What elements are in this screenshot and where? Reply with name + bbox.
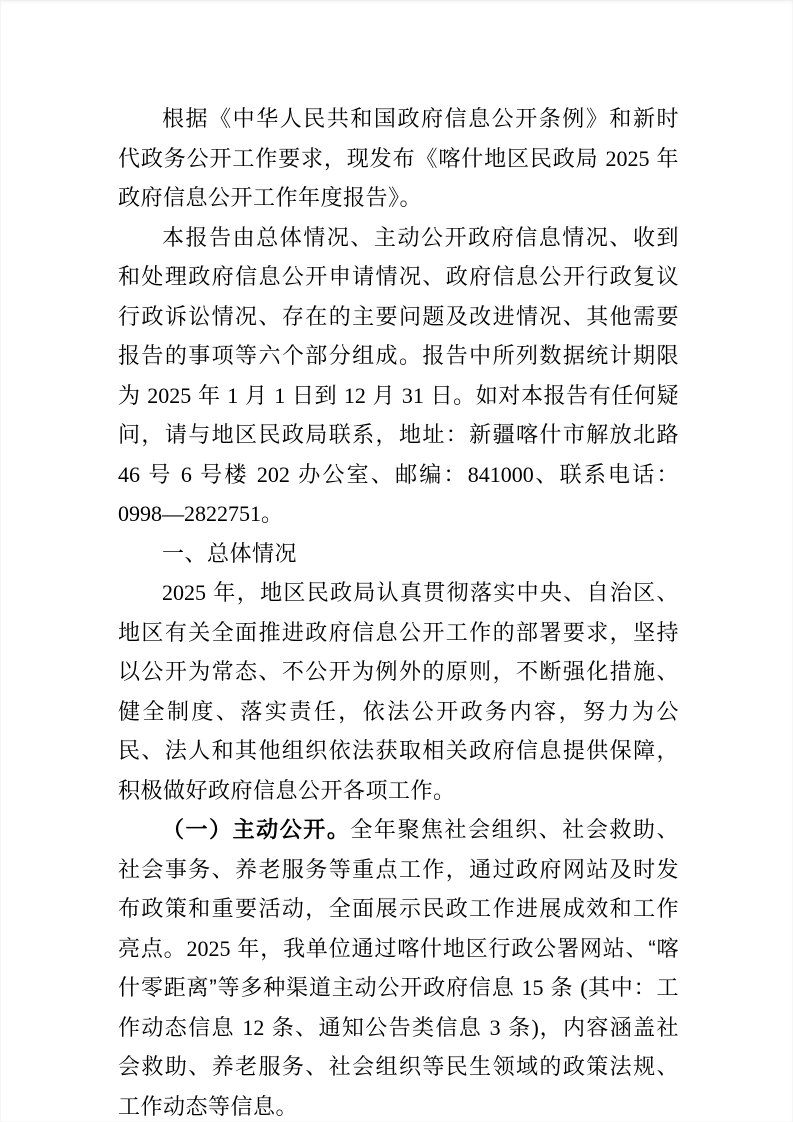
latin-text: 841000 [468, 462, 534, 487]
paragraph: 本报告由总体情况、主动公开政府信息情况、收到和处理政府信息公开申请情况、政府信息… [118, 218, 679, 534]
section-heading: 一、总体情况 [118, 534, 679, 574]
latin-text: ) [531, 1015, 538, 1040]
latin-text: 2025 [162, 580, 206, 605]
text-run: 本报告由总体情况、主动公开政府信息情况、收到和处理政府信息公开申请情况、政府信息… [118, 225, 679, 527]
latin-text: 2025 [186, 936, 230, 961]
text-run: 根据《中华人民共和国政府信息公开条例》和新时代政务公开工作要求，现发布《喀什地区… [118, 106, 679, 210]
latin-text: 12 [242, 1015, 264, 1040]
latin-text: 46 [118, 462, 140, 487]
latin-text: 31 [402, 383, 424, 408]
text-run: 一、总体情况 [162, 541, 297, 566]
latin-text: 6 [181, 462, 192, 487]
latin-text: 15 [522, 975, 544, 1000]
paragraph: 根据《中华人民共和国政府信息公开条例》和新时代政务公开工作要求，现发布《喀什地区… [118, 99, 679, 218]
latin-text: 1 [274, 383, 285, 408]
latin-text: 2025 [147, 383, 191, 408]
text-run: 全年聚焦社会组织、社会救助、社会事务、养老服务等重点工作，通过政府网站及时发布政… [118, 817, 679, 1119]
latin-text: 202 [257, 462, 290, 487]
document-body: 根据《中华人民共和国政府信息公开条例》和新时代政务公开工作要求，现发布《喀什地区… [118, 99, 679, 1122]
paragraph: 2025 年，地区民政局认真贯彻落实中央、自治区、地区有关全面推进政府信息公开工… [118, 573, 679, 810]
text-run: （一）主动公开。 [162, 817, 350, 842]
latin-text: 1 [227, 383, 238, 408]
latin-text: ( [580, 975, 587, 1000]
text-run: 2025 年，地区民政局认真贯彻落实中央、自治区、地区有关全面推进政府信息公开工… [118, 580, 679, 803]
latin-text: 12 [344, 383, 366, 408]
latin-text: 2025 [605, 146, 649, 171]
latin-text: 3 [490, 1015, 501, 1040]
paragraph: （一）主动公开。全年聚焦社会组织、社会救助、社会事务、养老服务等重点工作，通过政… [118, 810, 679, 1122]
document-page: 根据《中华人民共和国政府信息公开条例》和新时代政务公开工作要求，现发布《喀什地区… [0, 0, 793, 1122]
latin-text: 0998—2822751 [118, 501, 261, 526]
